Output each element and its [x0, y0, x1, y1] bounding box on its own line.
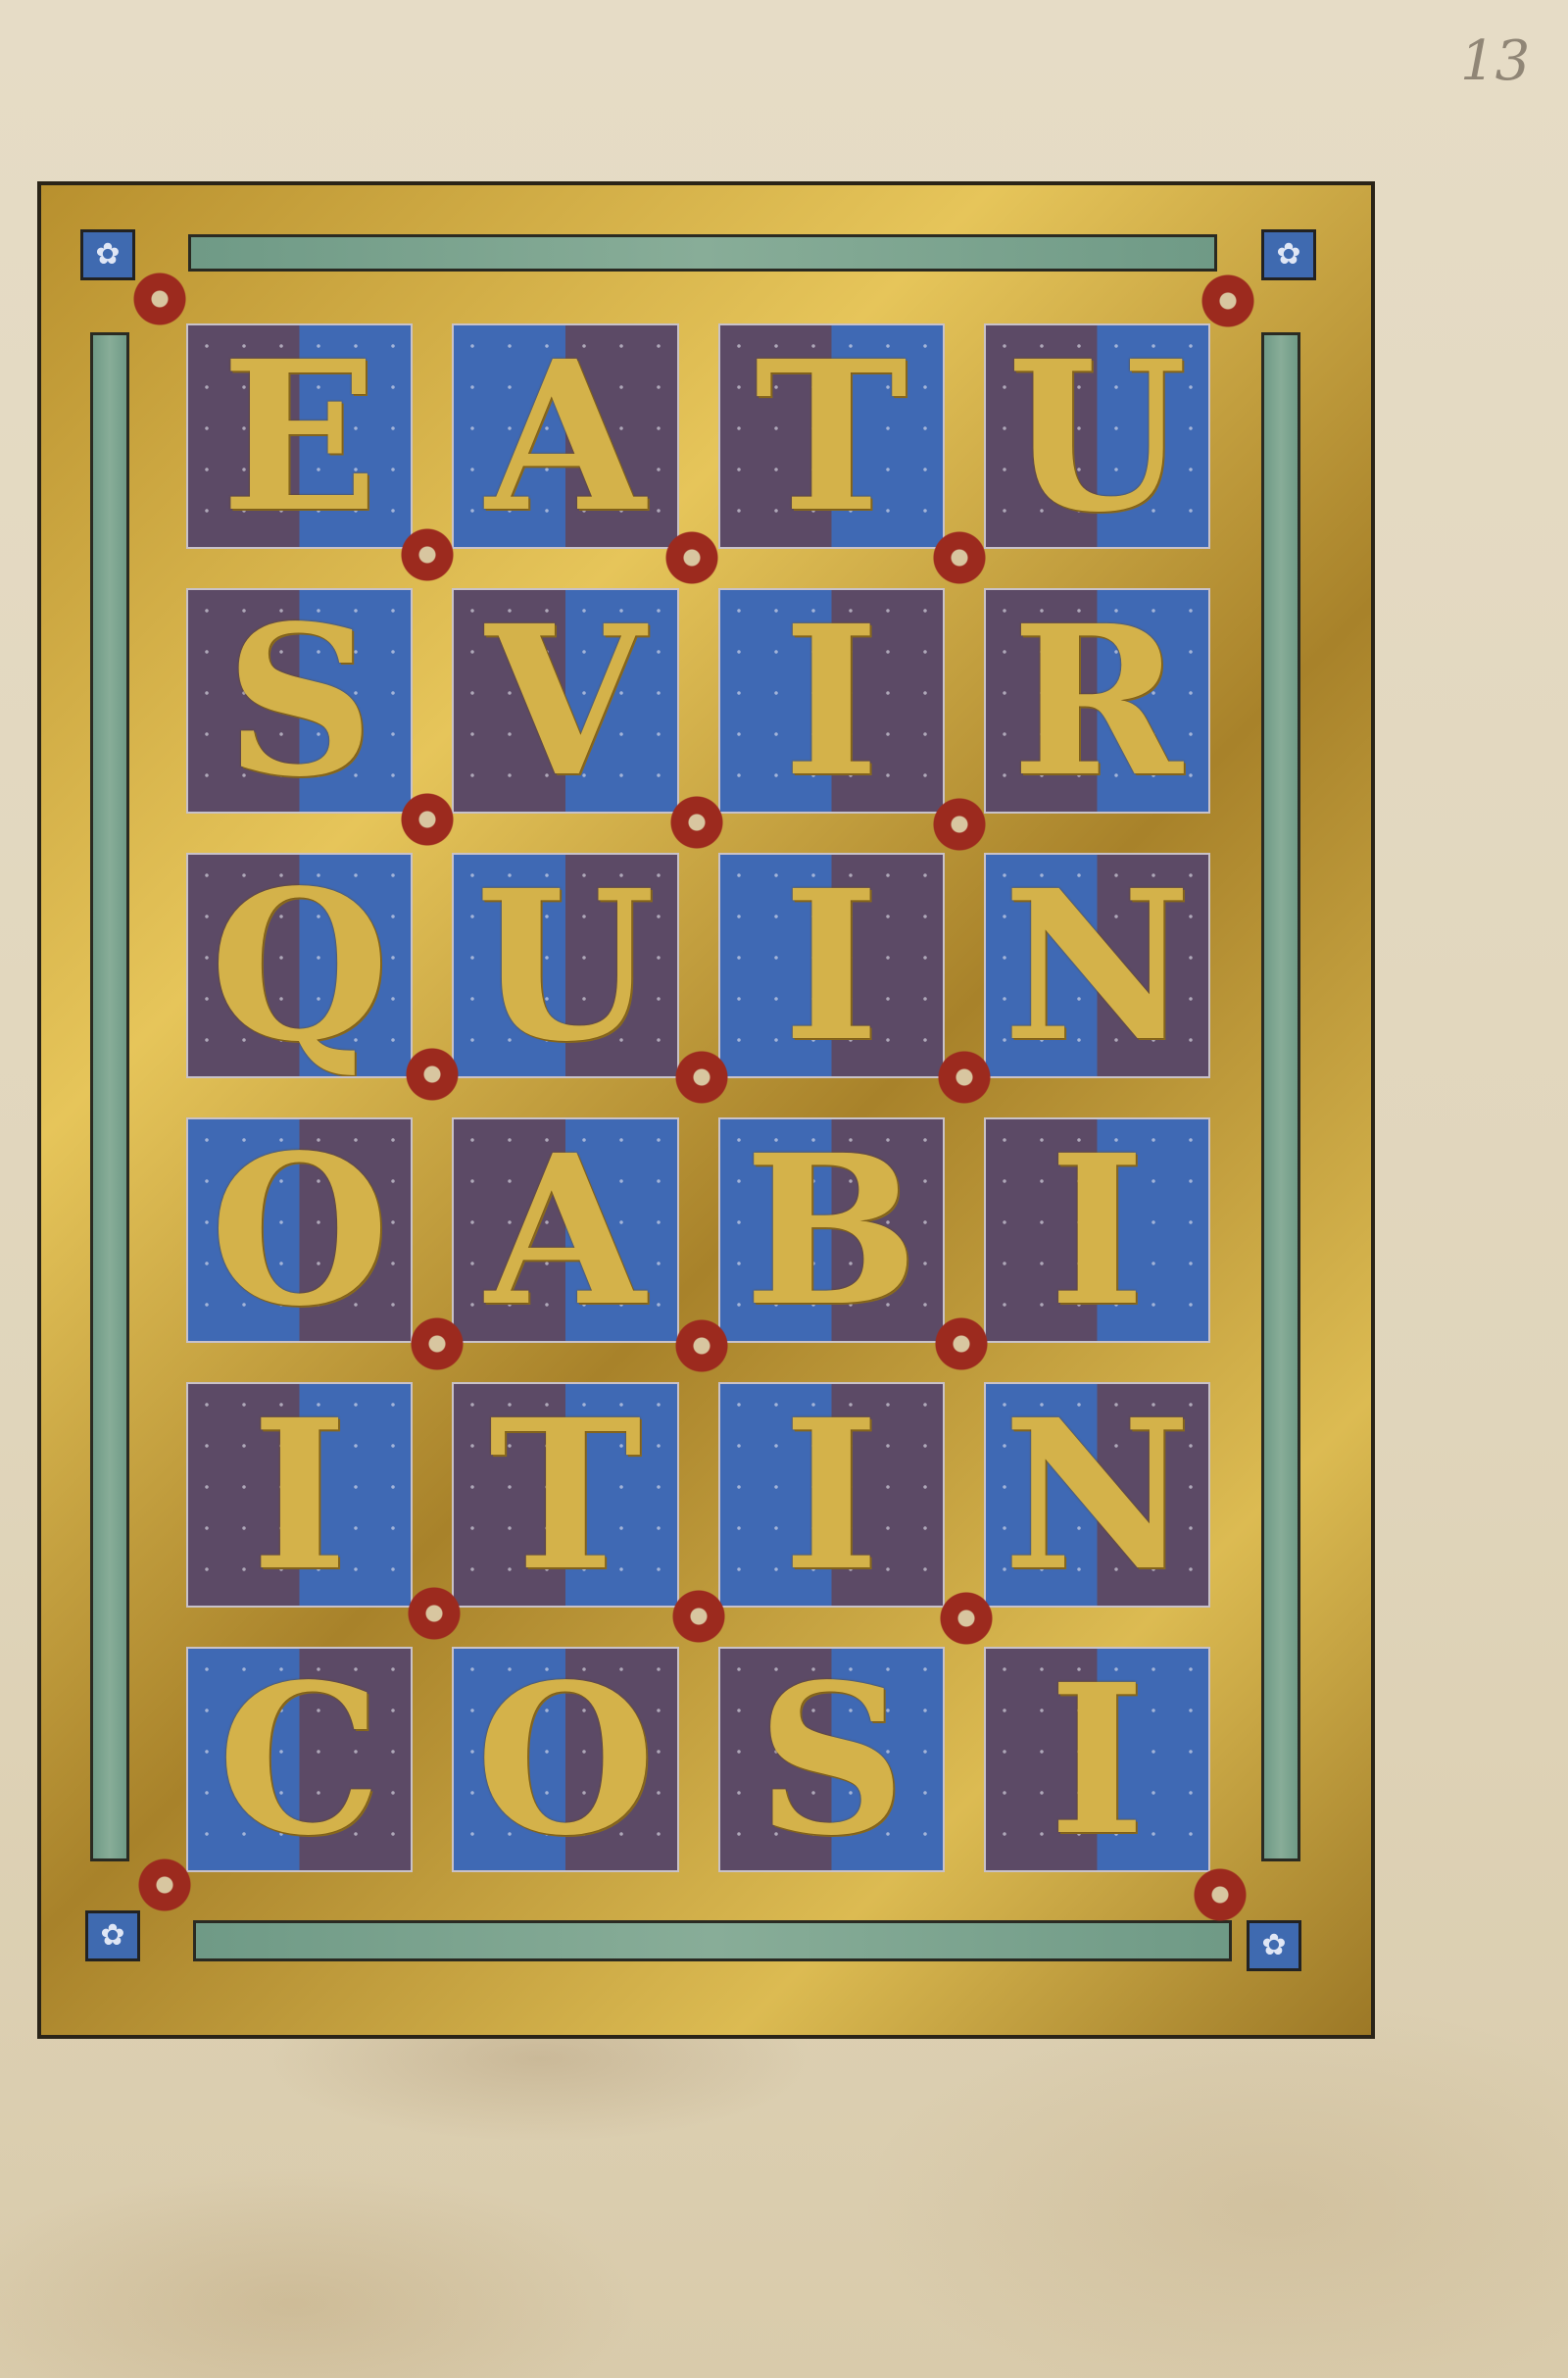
- letter: N: [1003, 853, 1191, 1078]
- green-border-left: [90, 332, 129, 1861]
- letter-cell: I: [186, 1382, 413, 1608]
- letter: B: [744, 1117, 918, 1343]
- rosette-icon: [404, 1583, 465, 1644]
- letter: A: [485, 1117, 645, 1343]
- rosette-icon: [936, 1588, 997, 1649]
- letter: I: [783, 853, 879, 1078]
- rosette-icon: [929, 794, 990, 855]
- quatrefoil-icon: ✿: [1261, 229, 1316, 280]
- letter: A: [485, 323, 645, 549]
- letter: I: [1049, 1647, 1145, 1872]
- letter-cell: Q: [186, 853, 413, 1078]
- letter-cell: T: [452, 1382, 678, 1608]
- letter: O: [210, 1117, 389, 1343]
- rosette-icon: [1198, 271, 1258, 331]
- rosette-icon: [1190, 1864, 1250, 1925]
- letter-cell: O: [452, 1647, 678, 1872]
- rosette-icon: [931, 1313, 992, 1374]
- rosette-icon: [671, 1047, 732, 1108]
- letter-cell: S: [718, 1647, 945, 1872]
- letter: R: [1011, 588, 1183, 814]
- letter-cell: R: [984, 588, 1210, 814]
- rosette-icon: [129, 269, 190, 329]
- letter-cell: I: [984, 1117, 1210, 1343]
- rosette-icon: [397, 789, 458, 850]
- letter-cell: V: [452, 588, 678, 814]
- letter-cell: I: [718, 853, 945, 1078]
- letter-cell: B: [718, 1117, 945, 1343]
- green-border-top: [188, 234, 1217, 272]
- letter: I: [252, 1382, 348, 1608]
- rosette-icon: [929, 527, 990, 588]
- letter: I: [1049, 1117, 1145, 1343]
- rosette-icon: [402, 1044, 463, 1105]
- letter: V: [485, 588, 645, 814]
- quatrefoil-icon: ✿: [85, 1910, 140, 1961]
- green-border-bottom: [193, 1920, 1232, 1961]
- letter-cell: E: [186, 323, 413, 549]
- letter-cell: I: [984, 1647, 1210, 1872]
- letter-cell: I: [718, 588, 945, 814]
- letter-cell: N: [984, 1382, 1210, 1608]
- folio-number: 13: [1460, 29, 1530, 93]
- letter: S: [757, 1647, 906, 1872]
- letter: O: [475, 1647, 655, 1872]
- letter-cell: A: [452, 1117, 678, 1343]
- letter: Q: [210, 853, 389, 1078]
- letter-cell: S: [186, 588, 413, 814]
- letter-cell: U: [984, 323, 1210, 549]
- rosette-icon: [671, 1315, 732, 1376]
- rosette-icon: [934, 1047, 995, 1108]
- green-border-right: [1261, 332, 1300, 1861]
- quatrefoil-icon: ✿: [80, 229, 135, 280]
- quatrefoil-icon: ✿: [1247, 1920, 1301, 1971]
- letter: I: [783, 1382, 879, 1608]
- letter-cell: I: [718, 1382, 945, 1608]
- letter: I: [783, 588, 879, 814]
- rosette-icon: [668, 1586, 729, 1647]
- letter-cell: N: [984, 853, 1210, 1078]
- letter: T: [755, 323, 907, 549]
- rosette-icon: [407, 1313, 467, 1374]
- letter: S: [225, 588, 374, 814]
- letter: E: [221, 323, 378, 549]
- letter: U: [1007, 323, 1187, 549]
- letter: C: [218, 1647, 381, 1872]
- rosette-icon: [134, 1855, 195, 1915]
- letter: N: [1003, 1382, 1191, 1608]
- rosette-icon: [666, 792, 727, 853]
- rosette-icon: [661, 527, 722, 588]
- letter-cell: A: [452, 323, 678, 549]
- letter: U: [475, 853, 655, 1078]
- letter: T: [489, 1382, 642, 1608]
- letter-cell: U: [452, 853, 678, 1078]
- letter-cell: O: [186, 1117, 413, 1343]
- letter-cell: C: [186, 1647, 413, 1872]
- rosette-icon: [397, 524, 458, 585]
- letter-cell: T: [718, 323, 945, 549]
